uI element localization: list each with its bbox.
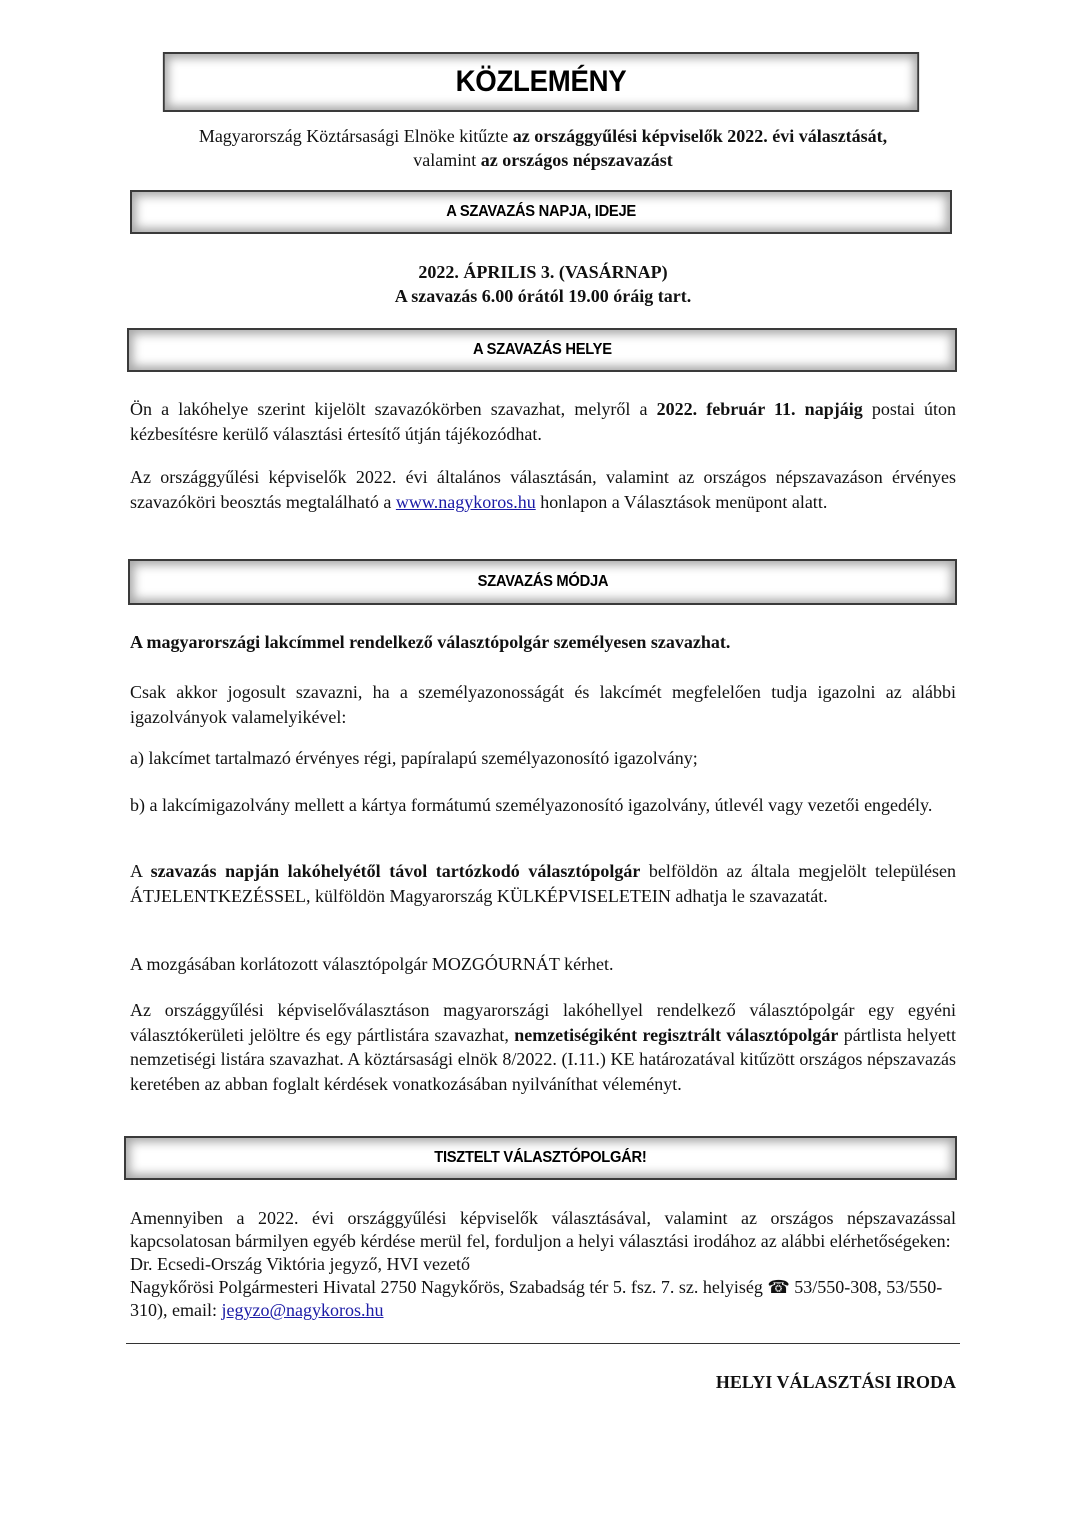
intro-text: Magyarország Köztársasági Elnöke kitűzte… [130, 124, 956, 172]
website-link[interactable]: www.nagykoros.hu [396, 492, 536, 512]
place-paragraph-1: Ön a lakóhelye szerint kijelölt szavazók… [130, 397, 956, 446]
signature: HELYI VÁLASZTÁSI IRODA [600, 1372, 956, 1393]
email-link[interactable]: jegyzo@nagykoros.hu [221, 1300, 383, 1320]
section-heading-place: A SZAVAZÁS HELYE [127, 328, 957, 372]
document-page: KÖZLEMÉNY Magyarország Köztársasági Elnö… [0, 0, 1086, 1536]
contact-name: Dr. Ecsedi-Ország Viktória jegyző, HVI v… [130, 1253, 956, 1276]
contact-paragraph: Amennyiben a 2022. évi országgyűlési kép… [130, 1207, 956, 1322]
mode-paragraph-3: A mozgásában korlátozott választópolgár … [130, 952, 956, 977]
title-box: KÖZLEMÉNY [163, 52, 919, 112]
section-heading-date: A SZAVAZÁS NAPJA, IDEJE [130, 190, 952, 234]
mode-lead: A magyarországi lakcímmel rendelkező vál… [130, 630, 956, 655]
place-paragraph-2: Az országgyűlési képviselők 2022. évi ál… [130, 465, 956, 514]
mode-paragraph-4: Az országgyűlési képviselőválasztáson ma… [130, 998, 956, 1096]
mode-item-a: a) lakcímet tartalmazó érvényes régi, pa… [130, 746, 956, 771]
divider [126, 1343, 960, 1344]
section-heading-voter: TISZTELT VÁLASZTÓPOLGÁR! [124, 1136, 957, 1180]
section-heading-mode: SZAVAZÁS MÓDJA [128, 559, 957, 605]
election-date: 2022. ÁPRILIS 3. (VASÁRNAP) A szavazás 6… [130, 260, 956, 308]
page-title: KÖZLEMÉNY [456, 65, 627, 99]
mode-item-b: b) a lakcímigazolvány mellett a kártya f… [130, 793, 956, 818]
mode-paragraph-2: A szavazás napján lakóhelyétől távol tar… [130, 859, 956, 908]
mode-paragraph-1: Csak akkor jogosult szavazni, ha a szemé… [130, 680, 956, 729]
phone-icon: ☎ [767, 1277, 789, 1297]
contact-address: Nagykőrösi Polgármesteri Hivatal 2750 Na… [130, 1276, 956, 1322]
